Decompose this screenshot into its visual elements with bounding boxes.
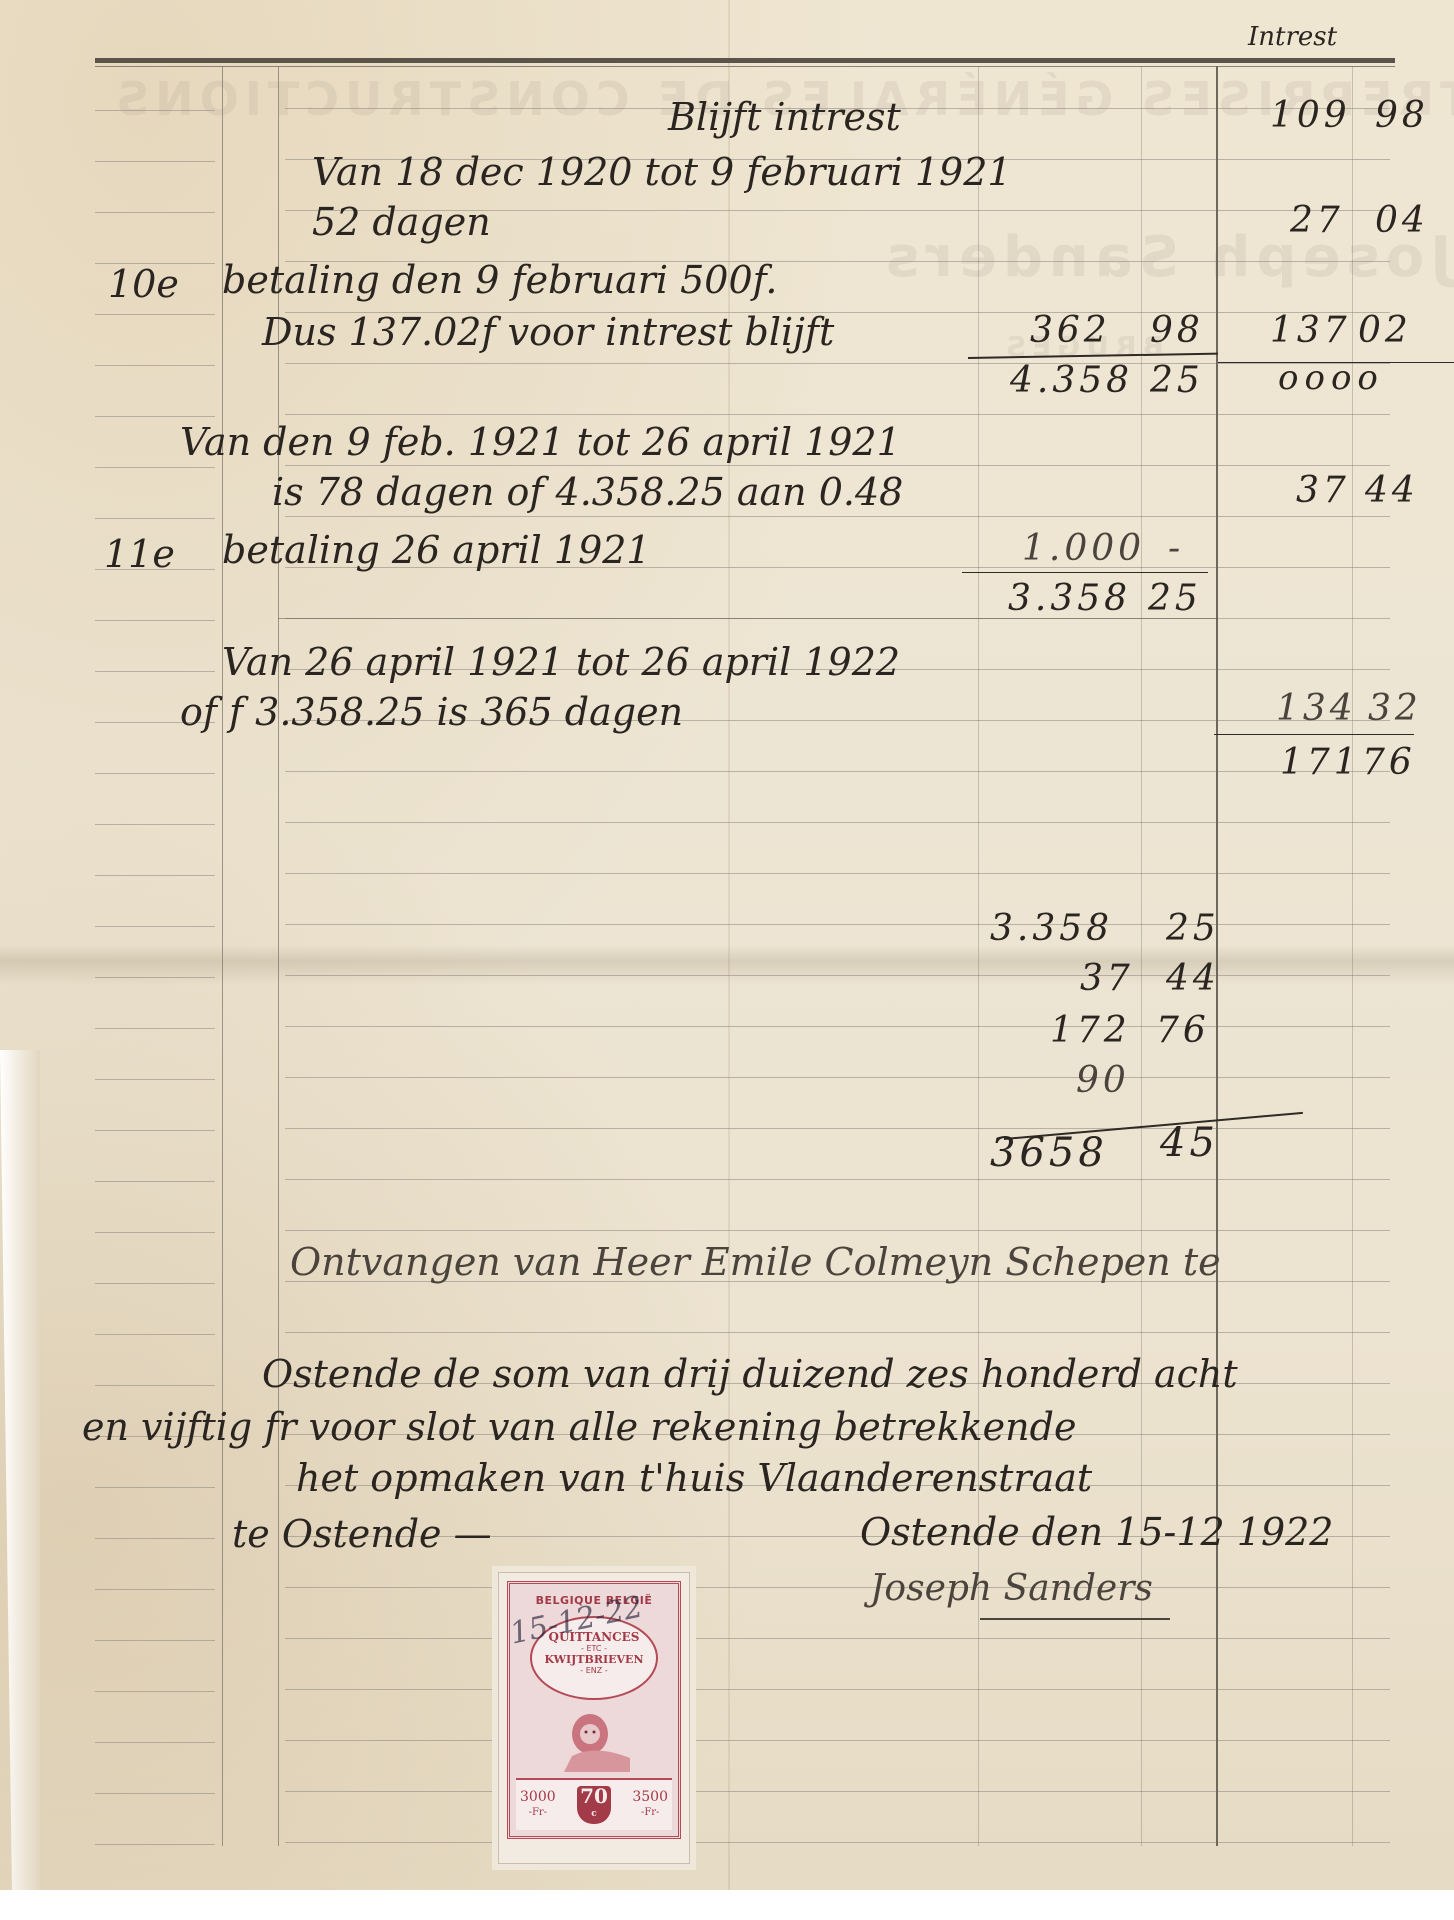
column-header-interest: Intrest [1248,22,1337,52]
stamp-enz: - ENZ - [532,1666,656,1675]
row-3-interest-dec: 04 [1375,200,1429,241]
interest-total-rule [1214,734,1414,735]
sum-line-2-dec: 44 [1166,958,1220,999]
ruled-line [285,516,1390,517]
row-3-interest-int: 27 [1290,200,1344,241]
row-5-amount-int: 362 [1030,310,1111,351]
row-8-interest-int: 37 [1296,470,1350,511]
ruled-line [95,1181,215,1182]
ruled-line [95,1028,215,1029]
stamp-value-left-unit: -Fr- [520,1805,556,1821]
letterhead-watermark-line2: Joseph Sanders [880,225,1451,290]
row-5-interest-dec: 02 [1358,310,1412,351]
row-3-text: 52 dagen [312,200,491,244]
lion-icon [550,1706,640,1776]
receipt-place-date: Ostende den 15-12 1922 [860,1510,1333,1554]
ruled-line [95,416,215,417]
header-rule [95,58,1395,63]
row-6-amount-dec: 25 [1150,360,1204,401]
receipt-line-4: het opmaken van t'huis Vlaanderenstraat [296,1456,1092,1500]
ruled-line [95,1538,215,1539]
row-9-text: betaling 26 april 1921 [222,528,651,572]
row-5-text: Dus 137.02f voor intrest blijft [262,310,834,354]
ruled-line [285,822,1390,823]
row-5-amount-dec: 98 [1150,310,1204,351]
stamp-values: 3000 -Fr- 70 c 3500 -Fr- [516,1778,672,1830]
receipt-line-3: en vijftig fr voor slot van alle rekenin… [82,1405,1076,1449]
ruled-line [95,1589,215,1590]
paper-edge [0,1050,40,1890]
ruled-line [95,110,215,111]
row-10-amount-dec: 25 [1148,578,1202,619]
ruled-line [95,518,215,519]
sum-total-dec: 45 [1160,1120,1219,1166]
ruled-line [285,1740,1390,1741]
ruled-line [285,1026,1390,1027]
stamp-value-left: 3000 -Fr- [520,1789,556,1821]
ruled-line [95,1844,215,1845]
ruled-line [285,771,1390,772]
ruled-line [95,1487,215,1488]
ruled-line [285,1128,1390,1129]
ruled-line [285,1791,1390,1792]
ruled-line [285,975,1390,976]
receipt-line-5: te Ostende — [232,1512,492,1556]
row-12-text: of f 3.358.25 is 365 dagen [180,690,683,734]
ruled-line [285,465,1390,466]
ruled-line [95,1283,215,1284]
stamp-denomination-unit: c [591,1805,596,1823]
stamp-denomination: 70 c [577,1786,611,1824]
row-5-interest-int: 137 [1270,310,1351,351]
ruled-line [95,1640,215,1641]
row-6-amount-int: 4.358 [1010,360,1133,401]
ruled-line [95,212,215,213]
ruled-line [285,1842,1390,1843]
subtotal-rule-2 [962,572,1208,573]
margin-line-1 [222,66,223,1846]
ruled-line [95,1742,215,1743]
ruled-line [95,1130,215,1131]
receipt-line-2: Ostende de som van drij duizend zes hond… [262,1352,1238,1396]
ruled-line [95,977,215,978]
section-rule [278,618,1218,619]
ruled-line [95,314,215,315]
stamp-value-right: 3500 -Fr- [632,1789,668,1821]
row-1-interest-int: 109 [1270,95,1351,136]
ruled-line [285,1179,1390,1180]
ruled-line [95,1793,215,1794]
ruled-line [285,1587,1390,1588]
row-9-prefix: 11e [104,532,175,576]
ruled-line [95,875,215,876]
receipt-signature: Joseph Sanders [870,1568,1153,1609]
row-4-text: betaling den 9 februari 500f. [222,258,777,302]
stamp-value-left-amount: 3000 [520,1789,556,1805]
stamp-value-right-amount: 3500 [632,1789,668,1805]
stamp-denomination-value: 70 [580,1787,608,1805]
ruled-line [285,1332,1390,1333]
ruled-line [285,1689,1390,1690]
row-8-text: is 78 dagen of 4.358.25 aan 0.48 [272,470,903,514]
interest-column-line [1216,66,1218,1846]
row-13-interest-int: 171 [1280,742,1361,783]
ruled-line [285,363,1390,364]
row-12-interest-int: 134 [1276,688,1357,729]
revenue-stamp: BELGIQUE BELGIË QUITTANCES - ETC - KWIJT… [498,1572,690,1864]
ruled-line [285,873,1390,874]
ruled-line [95,620,215,621]
ruled-line [95,926,215,927]
interest-cents-line [1352,66,1353,1846]
sum-line-1-int: 3.358 [990,908,1113,949]
fold-crease-horizontal [0,945,1454,985]
ruled-line [285,414,1390,415]
receipt-line-1: Ontvangen van Heer Emile Colmeyn Schepen… [290,1240,1221,1284]
stamp-etc: - ETC - [532,1644,656,1653]
row-4-prefix: 10e [108,262,179,306]
header-rule-thin [95,66,1395,67]
ruled-line [95,1232,215,1233]
ruled-line [285,1638,1390,1639]
row-11-text: Van 26 april 1921 tot 26 april 1922 [222,640,900,684]
ruled-line [95,773,215,774]
signature-underline [980,1618,1170,1620]
stamp-title-nl: KWIJTBRIEVEN [532,1653,656,1666]
ruled-line [95,161,215,162]
paper-sheet: ENTREPRISES GÉNÉRALES DE CONSTRUCTIONS J… [0,0,1454,1890]
sum-line-3-dec: 76 [1156,1010,1210,1051]
row-13-interest-dec: 76 [1362,742,1416,783]
ruled-line [95,467,215,468]
row-2-text: Van 18 dec 1920 tot 9 februari 1921 [312,150,1012,194]
ruled-line [95,824,215,825]
row-1-interest-dec: 98 [1375,95,1429,136]
row-9-amount-dec: - [1168,528,1184,569]
ruled-line [285,1077,1390,1078]
ruled-line [285,1230,1390,1231]
row-1-text: Blijft intrest [668,95,901,139]
sum-line-3-int: 172 [1050,1010,1131,1051]
ruled-line [95,1334,215,1335]
row-10-amount-int: 3.358 [1008,578,1131,619]
row-9-amount-int: 1.000 [1022,528,1145,569]
sum-line-2-int: 37 [1080,958,1134,999]
ruled-line [95,1385,215,1386]
sum-total-int: 3658 [990,1130,1108,1176]
row-6-interest-cleared: oooo [1278,358,1384,398]
row-8-interest-dec: 44 [1365,470,1419,511]
sum-line-4-int: 90 [1076,1060,1130,1101]
ruled-line [95,1691,215,1692]
ruled-line [95,365,215,366]
stamp-value-right-unit: -Fr- [632,1805,668,1821]
sum-line-1-dec: 25 [1166,908,1220,949]
ruled-line [95,1079,215,1080]
ruled-line [95,671,215,672]
row-7-text: Van den 9 feb. 1921 tot 26 april 1921 [180,420,901,464]
ruled-line [285,924,1390,925]
row-12-interest-dec: 32 [1368,688,1422,729]
